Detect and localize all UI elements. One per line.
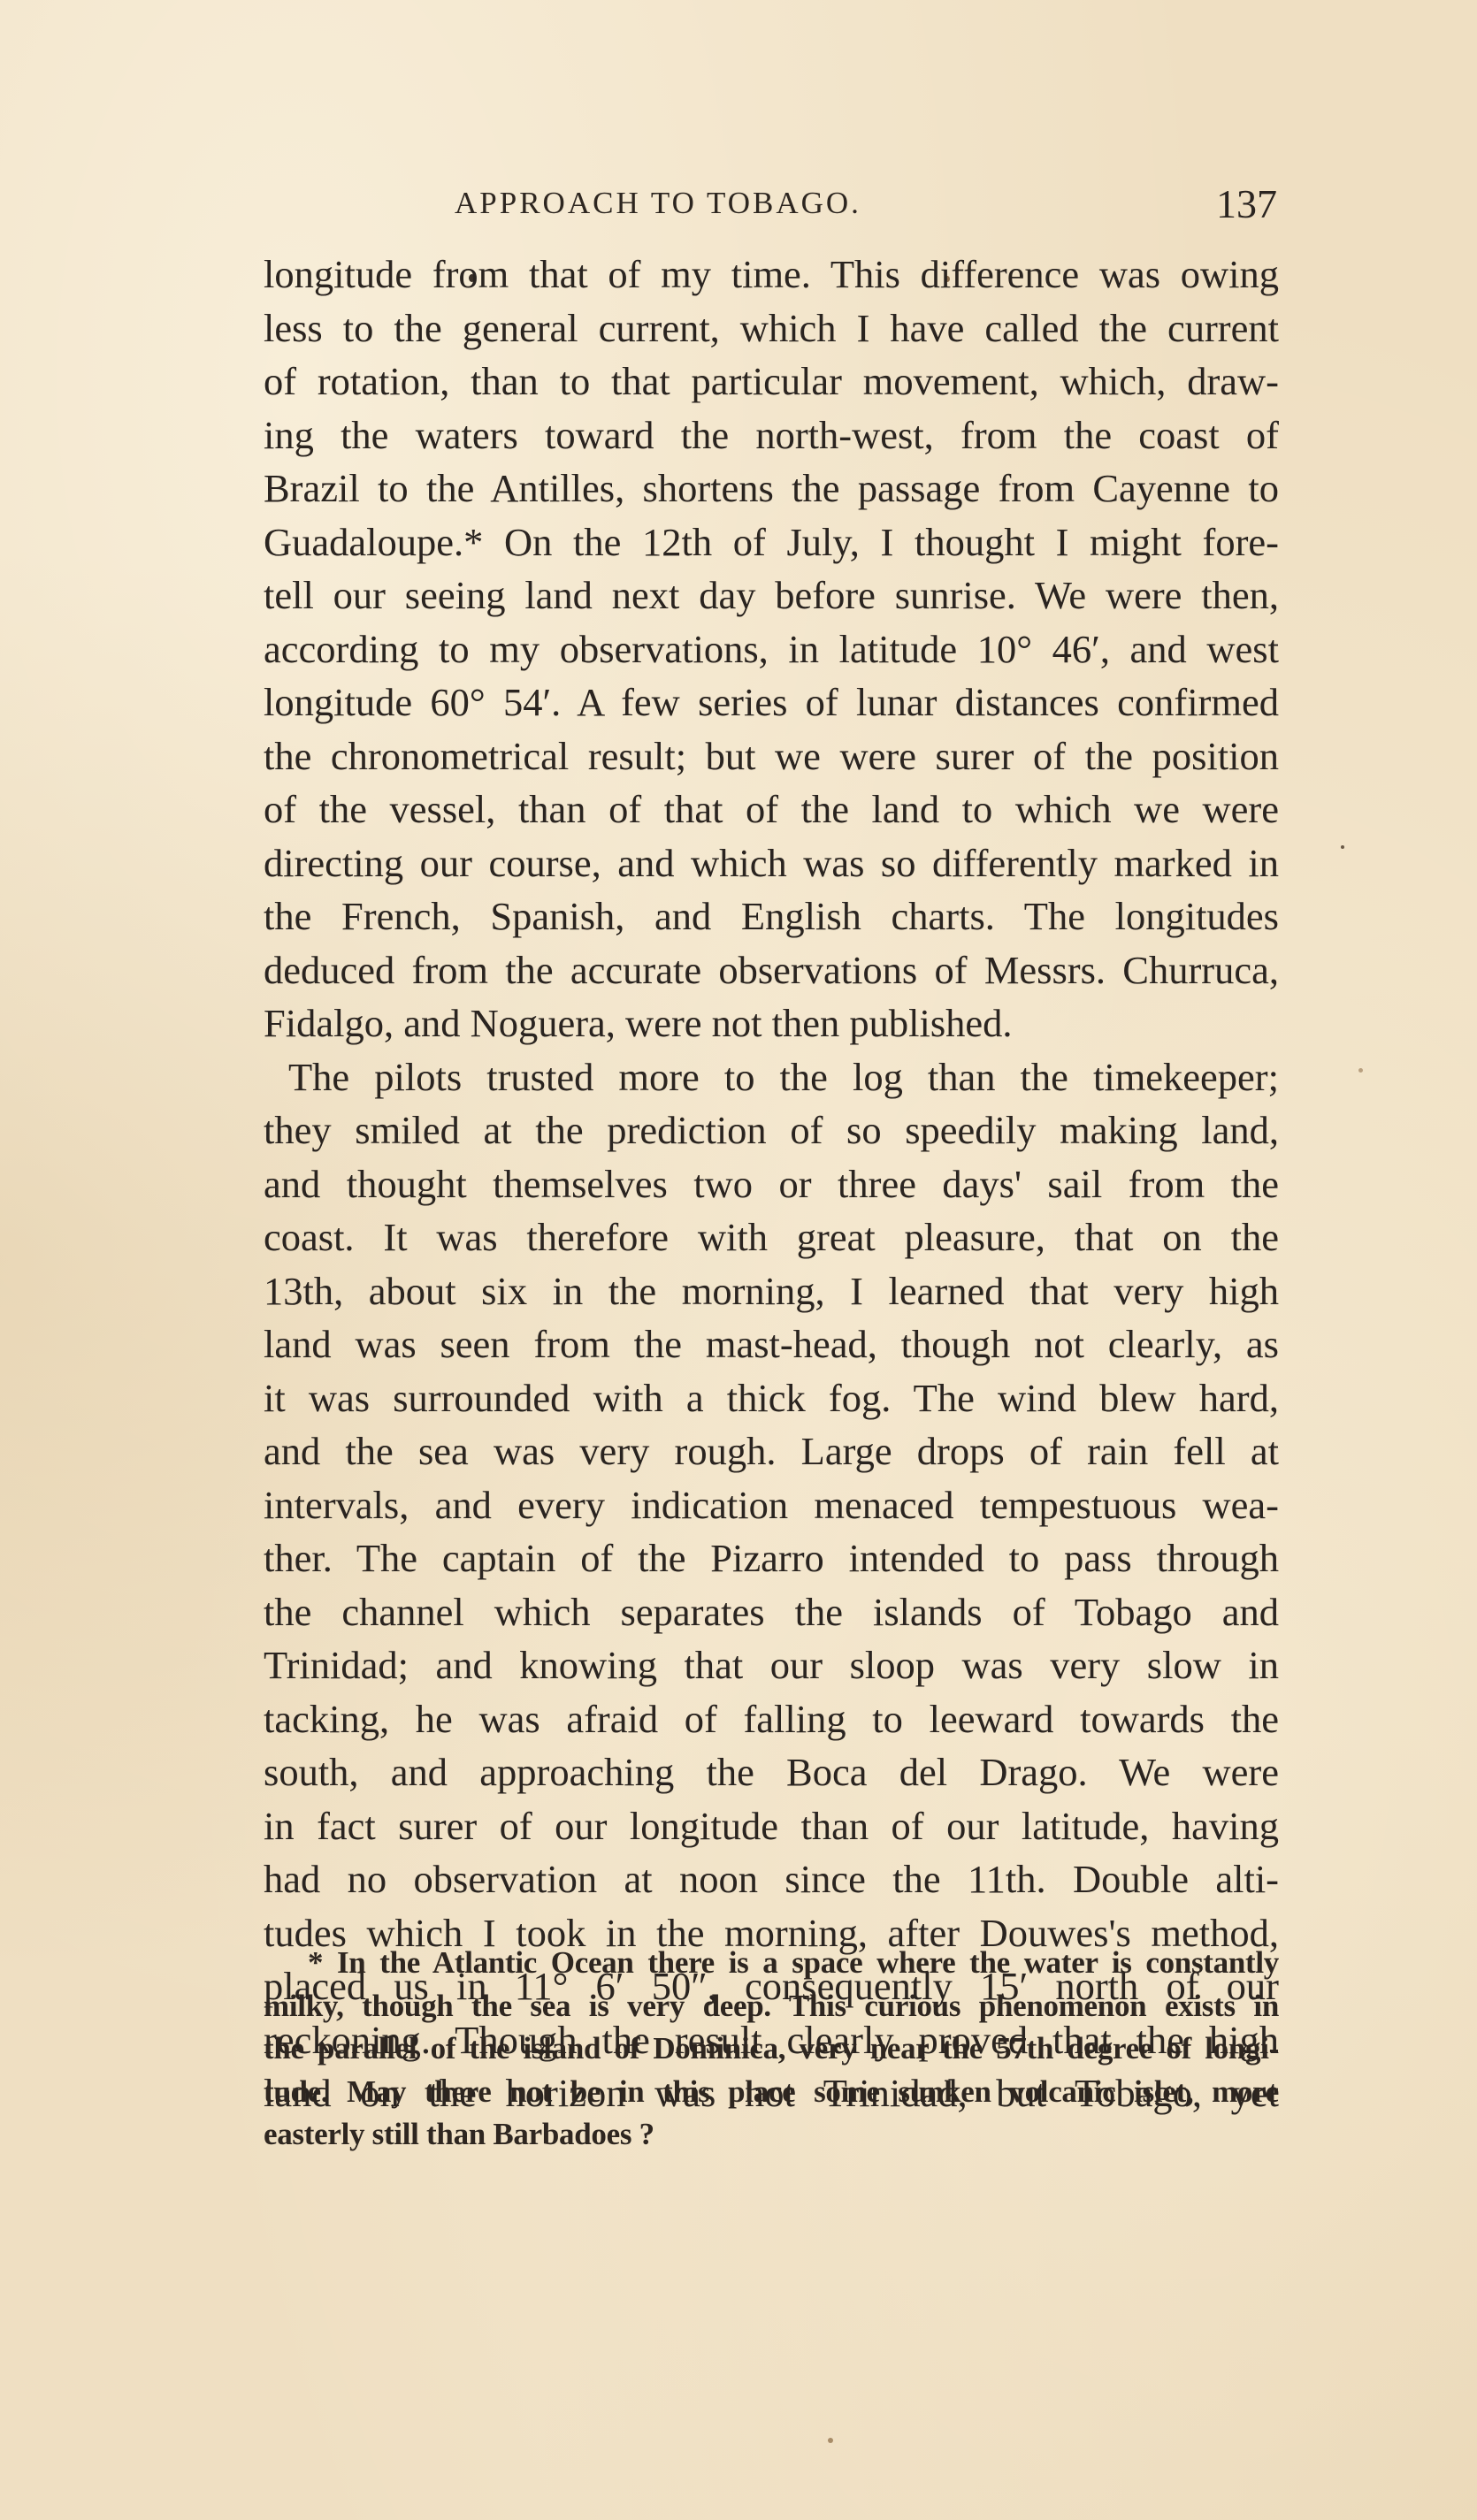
text-line: the French, Spanish, and English charts.… [264,890,1279,943]
footnote-line: milky, though the sea is very deep. This… [264,1985,1279,2028]
ink-speck [1358,1068,1363,1073]
footnote-line: tude. May there not be in this place som… [264,2071,1279,2114]
text-line: ing the waters toward the north-west, fr… [264,409,1279,462]
footnote-line: * In the Atlantic Ocean there is a space… [264,1942,1279,1985]
text-line: longitude from that of my time. This dif… [264,248,1279,302]
text-line: tell our seeing land next day before sun… [264,569,1279,622]
ink-speck [1341,845,1344,849]
text-line: in fact surer of our longitude than of o… [264,1799,1279,1853]
text-line: Guadaloupe.* On the 12th of July, I thou… [264,515,1279,569]
text-line: intervals, and every indication menaced … [264,1478,1279,1532]
paragraph-start-line: The pilots trusted more to the log than … [264,1050,1279,1104]
text-line: they smiled at the prediction of so spee… [264,1103,1279,1157]
text-line: less to the general current, which I hav… [264,302,1279,355]
text-line: and the sea was very rough. Large drops … [264,1424,1279,1478]
page-number: 137 [1216,180,1277,227]
text-line: the chronometrical result; but we were s… [264,729,1279,783]
text-line: the channel which separates the islands … [264,1585,1279,1639]
text-line: had no observation at noon since the 11t… [264,1852,1279,1906]
text-line: directing our course, and which was so d… [264,836,1279,890]
ink-speck [828,2438,833,2443]
text-line: and thought themselves two or three days… [264,1157,1279,1211]
book-page: APPROACH TO TOBAGO. 137 longitude from t… [0,0,1477,2520]
text-line: Fidalgo, and Noguera, were not then publ… [264,997,1279,1050]
text-line: coast. It was therefore with great pleas… [264,1210,1279,1264]
text-line: Trinidad; and knowing that our sloop was… [264,1638,1279,1692]
text-line: south, and approaching the Boca del Drag… [264,1745,1279,1799]
text-line: ther. The captain of the Pizarro intende… [264,1531,1279,1585]
text-line: of rotation, than to that particular mov… [264,355,1279,409]
footnote-line: the parallel of the island of Dominica, … [264,2027,1279,2071]
text-line: according to my observations, in latitud… [264,622,1279,676]
text-line: 13th, about six in the morning, I learne… [264,1264,1279,1318]
text-line: Brazil to the Antilles, shortens the pas… [264,462,1279,515]
body-text: longitude from that of my time. This dif… [264,248,1279,2120]
text-line: longitude 60° 54′. A few series of lunar… [264,676,1279,729]
text-line: deduced from the accurate observations o… [264,943,1279,997]
text-line: of the vessel, than of that of the land … [264,783,1279,836]
footnote-line: easterly still than Barbadoes ? [264,2113,1279,2157]
text-line: it was surrounded with a thick fog. The … [264,1371,1279,1425]
footnote: * In the Atlantic Ocean there is a space… [264,1942,1279,2157]
text-line: land was seen from the mast-head, though… [264,1317,1279,1371]
running-title: APPROACH TO TOBAGO. [455,186,861,221]
text-line: tacking, he was afraid of falling to lee… [264,1692,1279,1746]
running-head: APPROACH TO TOBAGO. 137 [455,186,1277,239]
